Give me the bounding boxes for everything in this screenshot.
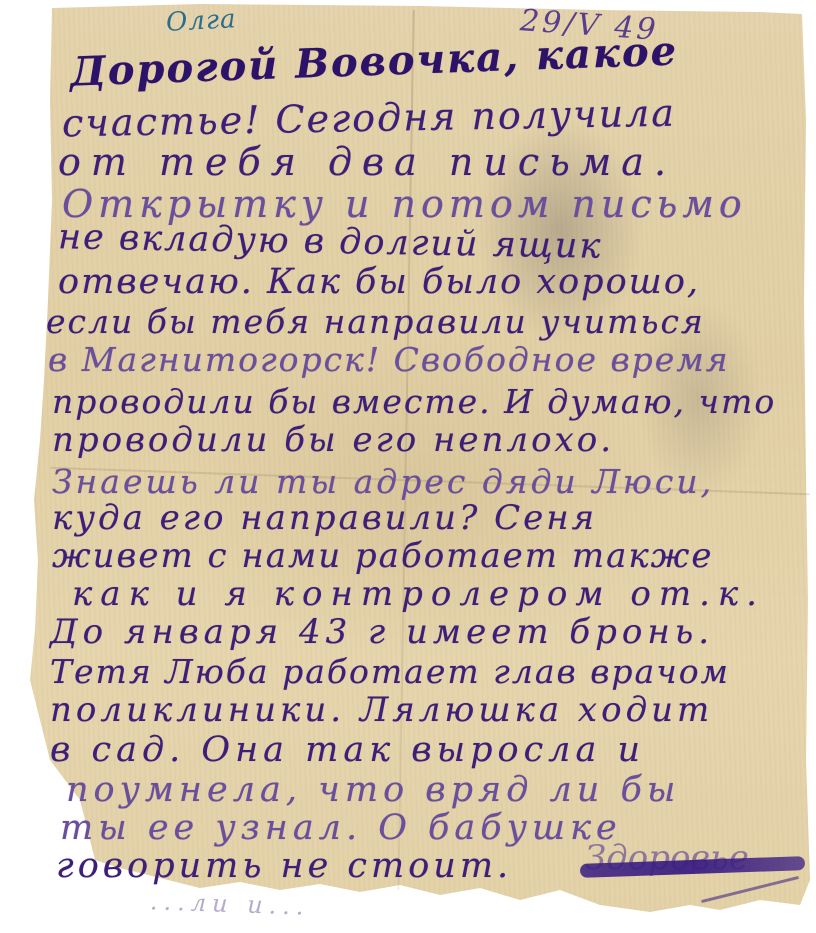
letter-body: Дорогой Вовочка, какое счастье! Сегодня … (0, 0, 816, 933)
letter-line: До января 43 г имеет бронь. (50, 612, 714, 652)
letter-line: если бы тебя направили учиться (46, 302, 705, 341)
letter-scan: Олга 29/V 49 Дорогой Вовочка, какое счас… (0, 0, 816, 933)
letter-line: ты ее узнал. О бабушке (60, 808, 622, 848)
letter-line: счастье! Сегодня получила (62, 91, 677, 146)
letter-line: не вкладую в долгий ящик (58, 217, 603, 266)
letter-line: говорить не стоит. (56, 846, 512, 886)
letter-line: проводили бы вместе. И думаю, что (52, 382, 776, 421)
torn-line-fragment: ...ли и... (150, 887, 310, 921)
letter-line: поумнела, что вряд ли бы (66, 770, 680, 810)
letter-line: как и я контролером от.к. (72, 574, 765, 614)
letter-line: куда его направили? Сеня (52, 498, 597, 538)
letter-line: Знаешь ли ты адрес дяди Люси, (52, 462, 714, 501)
letter-line: проводили бы его неплохо. (52, 420, 614, 460)
letter-line: отвечаю. Как бы было хорошо, (58, 262, 700, 302)
letter-line: от тебя два письма. (58, 140, 676, 184)
letter-line: Дорогой Вовочка, какое (69, 27, 678, 95)
letter-line: в сад. Она так выросла и (50, 730, 645, 770)
letter-line: живет с нами работает также (52, 536, 713, 576)
letter-line: в Магнитогорск! Свободное время (48, 340, 730, 379)
letter-line: поликлиники. Лялюшка ходит (50, 690, 713, 730)
letter-line: Тетя Люба работает глав врачом (50, 652, 730, 691)
